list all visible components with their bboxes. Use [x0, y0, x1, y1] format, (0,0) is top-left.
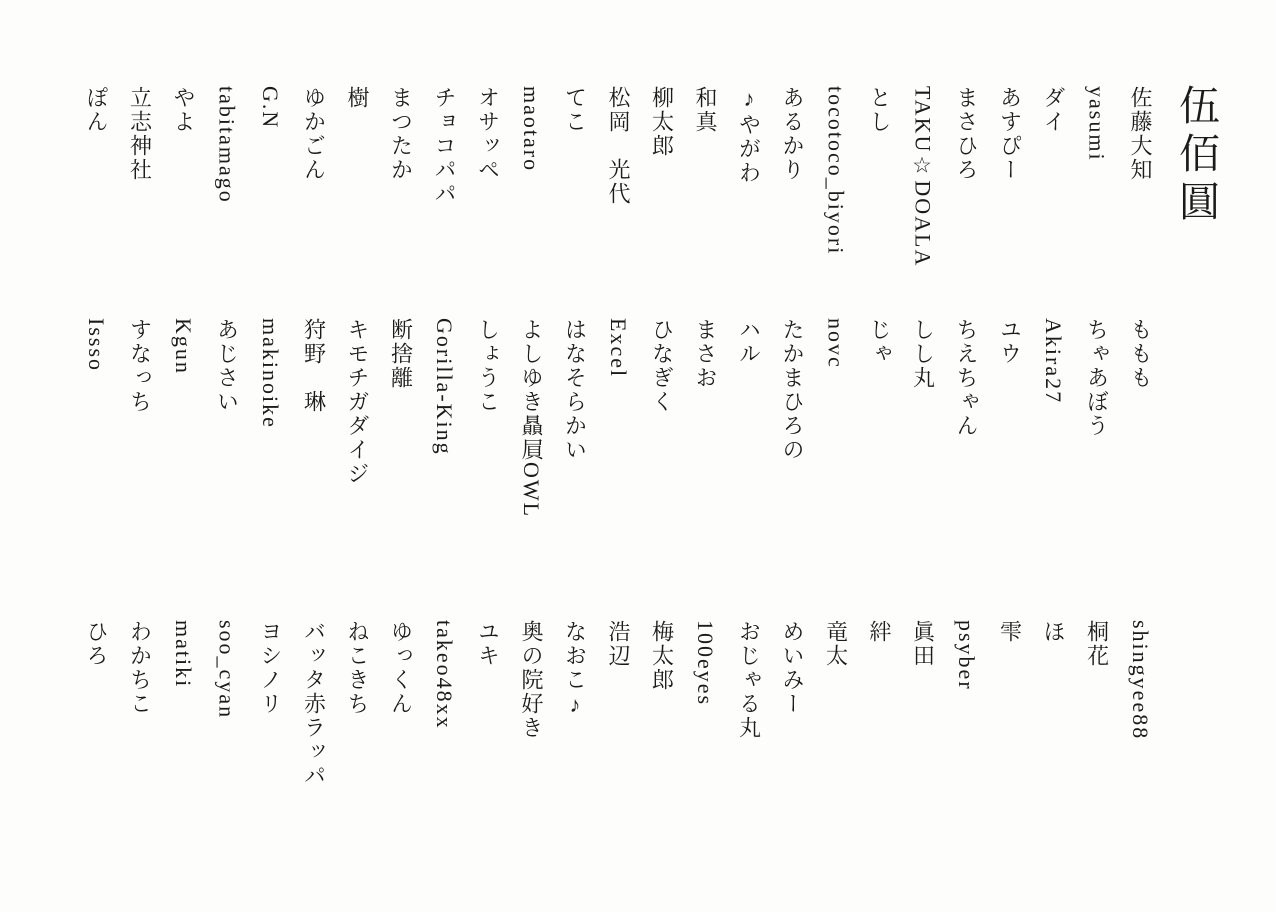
donor-name: すなっち	[118, 318, 162, 576]
donor-name: 100eyes	[684, 620, 728, 888]
donor-name: TAKU☆DOALA	[901, 86, 945, 314]
donor-name: 奥の院好き	[510, 620, 554, 888]
donor-name: あるかり	[771, 86, 815, 314]
donor-name: ユウ	[988, 318, 1032, 576]
donor-name: あじさい	[205, 318, 249, 576]
donor-name: しょうこ	[466, 318, 510, 576]
donor-name: takeo48xx	[423, 620, 467, 888]
donor-name: ちえちゃん	[945, 318, 989, 576]
donor-name: ひなぎく	[640, 318, 684, 576]
donor-name: 雫	[988, 620, 1032, 888]
donor-name: ねこきち	[336, 620, 380, 888]
donor-name: 立志神社	[118, 86, 162, 314]
donor-name: G.N	[249, 86, 293, 314]
donor-name: 佐藤大知	[1119, 86, 1163, 314]
donor-name: おじゃる丸	[727, 620, 771, 888]
donor-name: よしゆき贔屓OWL	[510, 318, 554, 576]
donor-name: 柳太郎	[640, 86, 684, 314]
donor-name: ゆかごん	[292, 86, 336, 314]
donor-name: まさお	[684, 318, 728, 576]
donor-name: maotaro	[510, 86, 554, 314]
donor-row-top: 佐藤大知yasumiダイあすぴーまさひろTAKU☆DOALAとしtocotoco…	[75, 86, 1163, 314]
donor-name: matiki	[162, 620, 206, 888]
donor-name: ほ	[1032, 620, 1076, 888]
donor-name: ぽん	[75, 86, 119, 314]
donor-name: あすぴー	[988, 86, 1032, 314]
donor-name: ゆっくん	[379, 620, 423, 888]
donor-name: まさひろ	[945, 86, 989, 314]
donor-name: 梅太郎	[640, 620, 684, 888]
donor-name: じゃ	[858, 318, 902, 576]
donor-name: Akira27	[1032, 318, 1076, 576]
donor-name: Excel	[597, 318, 641, 576]
donor-name: はなそらかい	[553, 318, 597, 576]
donor-name: 松岡 光代	[597, 86, 641, 314]
donor-name: なおこ♪	[553, 620, 597, 888]
donor-name: 樹	[336, 86, 380, 314]
donor-name: 絆	[858, 620, 902, 888]
donor-name: バッタ赤ラッパ	[292, 620, 336, 888]
donor-row-middle: もももちゃあぼうAkira27ユウちえちゃんしし丸じゃnovcたかまひろのハルま…	[75, 318, 1163, 576]
page-title: 伍佰圓	[1167, 84, 1226, 228]
donor-name: yasumi	[1075, 86, 1119, 314]
donor-name: チョコパパ	[423, 86, 467, 314]
donor-name: Issso	[75, 318, 119, 576]
donor-name: しし丸	[901, 318, 945, 576]
donor-name: 眞田	[901, 620, 945, 888]
donor-name: ももも	[1119, 318, 1163, 576]
donor-name: めいみー	[771, 620, 815, 888]
donor-row-bottom: shingyee88桐花ほ雫psyber眞田絆竜太めいみーおじゃる丸100eye…	[75, 620, 1163, 888]
donor-name: 桐花	[1075, 620, 1119, 888]
donor-name: novc	[814, 318, 858, 576]
donor-name: やよ	[162, 86, 206, 314]
donor-name: 和真	[684, 86, 728, 314]
donor-name: tabitamago	[205, 86, 249, 314]
donor-name: たかまひろの	[771, 318, 815, 576]
donor-name: オサッペ	[466, 86, 510, 314]
donor-name: 竜太	[814, 620, 858, 888]
donor-name: ♪やがわ	[727, 86, 771, 314]
donor-name: psyber	[945, 620, 989, 888]
donor-name: tocotoco_biyori	[814, 86, 858, 314]
donor-name: ひろ	[75, 620, 119, 888]
donor-name: 浩辺	[597, 620, 641, 888]
donor-name: ハル	[727, 318, 771, 576]
donor-name: ユキ	[466, 620, 510, 888]
donor-name: Gorilla-King	[423, 318, 467, 576]
donor-name: てこ	[553, 86, 597, 314]
donor-name: とし	[858, 86, 902, 314]
donor-name: ダイ	[1032, 86, 1076, 314]
document-page: 伍佰圓 佐藤大知yasumiダイあすぴーまさひろTAKU☆DOALAとしtoco…	[0, 0, 1276, 912]
donor-name: Kgun	[162, 318, 206, 576]
donor-name: makinoike	[249, 318, 293, 576]
donor-name: キモチガダイジ	[336, 318, 380, 576]
donor-name: soo_cyan	[205, 620, 249, 888]
donor-name: shingyee88	[1119, 620, 1163, 888]
donor-name: ちゃあぼう	[1075, 318, 1119, 576]
donor-name: 断捨離	[379, 318, 423, 576]
donor-name: まつたか	[379, 86, 423, 314]
donor-name: 狩野 琳	[292, 318, 336, 576]
donor-name: わかちこ	[118, 620, 162, 888]
donor-name: ヨシノリ	[249, 620, 293, 888]
